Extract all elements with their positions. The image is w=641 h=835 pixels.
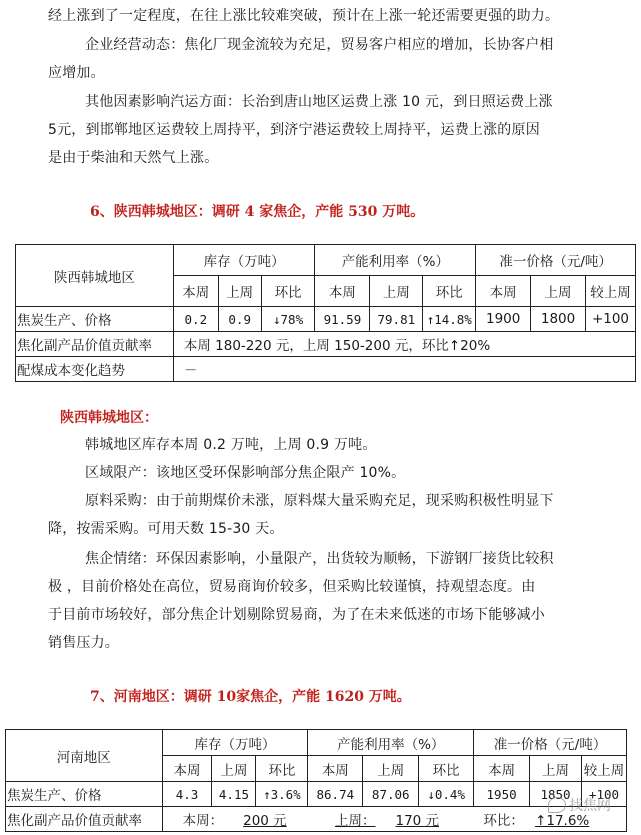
subheader: 本周 (476, 276, 531, 307)
subheader: 上周 (363, 756, 419, 782)
this-week-value: 200 元 (227, 809, 302, 829)
watermark-text: 找焦网 (569, 795, 611, 815)
watermark: 找焦网 (548, 795, 611, 815)
last-week-value: 170 元 (380, 809, 455, 829)
change-label: 环比： (483, 813, 524, 829)
merged-cell: － (173, 357, 635, 382)
subheader: 本周 (173, 276, 218, 307)
utilization-group-header: 产能利用率（%） (308, 730, 474, 756)
table-row: 焦化副产品价值贡献率 本周： 200 元 上周： 170 元 环比： ↑17.6… (6, 807, 627, 832)
paragraph: 其他因素影响汽运方面：长治到唐山地区运费上涨 10 元，到日照运费上涨 (85, 93, 495, 111)
subheader: 上周 (531, 276, 586, 307)
cell: +100 (585, 307, 635, 332)
subheader: 较上周 (581, 756, 626, 782)
cell: ↓78% (261, 307, 315, 332)
cell: 1800 (531, 307, 586, 332)
paragraph: 销售压力。 (48, 634, 458, 652)
subsection-heading: 陕西韩城地区： (60, 407, 158, 427)
cell: 4.3 (162, 782, 212, 807)
subheader: 较上周 (585, 276, 635, 307)
subheader: 上周 (212, 756, 256, 782)
cell: ↓0.4% (419, 782, 474, 807)
cell: 0.2 (173, 307, 218, 332)
cell: 0.9 (218, 307, 261, 332)
table-row: 焦炭生产、价格 4.3 4.15 ↑3.6% 86.74 87.06 ↓0.4%… (6, 782, 627, 807)
inventory-group-header: 库存（万吨） (173, 245, 315, 276)
cell: 79.81 (370, 307, 423, 332)
cell: 87.06 (363, 782, 419, 807)
subheader: 上周 (370, 276, 423, 307)
subheader: 本周 (315, 276, 370, 307)
row-label: 焦炭生产、价格 (16, 307, 174, 332)
section-heading: 6、陕西韩城地区：调研 4 家焦企，产能 530 万吨。 (90, 201, 424, 221)
paragraph: 区域限产：该地区受环保影响部分焦企限产 10%。 (85, 464, 495, 482)
paragraph: 企业经营动态：焦化厂现金流较为充足，贸易客户相应的增加，长协客户相 (85, 36, 495, 54)
hancheng-data-table: 陕西韩城地区 库存（万吨） 产能利用率（%） 准一价格（元/吨） 本周 上周 环… (15, 244, 636, 382)
table-row: 配煤成本变化趋势 － (16, 357, 636, 382)
subheader: 本周 (308, 756, 363, 782)
wechat-icon (548, 797, 566, 813)
inventory-group-header: 库存（万吨） (162, 730, 308, 756)
paragraph: 韩城地区库存本周 0.2 万吨，上周 0.9 万吨。 (85, 436, 495, 454)
table-row: 焦炭生产、价格 0.2 0.9 ↓78% 91.59 79.81 ↑14.8% … (16, 307, 636, 332)
paragraph: 极 ，目前价格处在高位，贸易商询价较多，但采购比较谨慎，持观望态度。由 (48, 578, 458, 596)
price-group-header: 准一价格（元/吨） (476, 245, 636, 276)
cell: ↑3.6% (256, 782, 308, 807)
region-header: 陕西韩城地区 (16, 245, 174, 307)
henan-data-table: 河南地区 库存（万吨） 产能利用率（%） 准一价格（元/吨） 本周 上周 环比 … (5, 729, 627, 832)
change-value: ↑17.6% (528, 813, 596, 829)
paragraph: 原料采购：由于前期煤价未涨，原料煤大量采购充足，现采购积极性明显下 (85, 492, 495, 510)
row-label: 焦化副产品价值贡献率 (6, 807, 163, 832)
subheader: 本周 (474, 756, 530, 782)
last-week-label: 上周： (335, 813, 376, 829)
cell: 86.74 (308, 782, 363, 807)
paragraph: 于目前市场较好，部分焦企计划剔除贸易商，为了在未来低迷的市场下能够减小 (48, 606, 458, 624)
region-header: 河南地区 (6, 730, 163, 782)
paragraph: 经上涨到了一定程度，在往上涨比较难突破，预计在上涨一轮还需要更强的助力。 (48, 7, 458, 25)
subheader: 环比 (423, 276, 476, 307)
cell: 4.15 (212, 782, 256, 807)
subheader: 环比 (256, 756, 308, 782)
utilization-group-header: 产能利用率（%） (315, 245, 476, 276)
cell: 1950 (474, 782, 530, 807)
this-week-label: 本周： (183, 813, 224, 829)
row-label: 焦炭生产、价格 (6, 782, 163, 807)
paragraph: 5元，到邯郸地区运费较上周持平，到济宁港运费较上周持平，运费上涨的原因 (48, 121, 458, 139)
cell: 1900 (476, 307, 531, 332)
paragraph: 应增加。 (48, 64, 458, 82)
paragraph: 降，按需采购。可用天数 15-30 天。 (48, 520, 458, 538)
row-label: 配煤成本变化趋势 (16, 357, 174, 382)
cell: ↑14.8% (423, 307, 476, 332)
subheader: 上周 (218, 276, 261, 307)
section-heading: 7、河南地区：调研 10家焦企，产能 1620 万吨。 (90, 686, 411, 706)
row-label: 焦化副产品价值贡献率 (16, 332, 174, 357)
table-row: 焦化副产品价值贡献率 本周 180-220 元，上周 150-200 元，环比↑… (16, 332, 636, 357)
cell: 91.59 (315, 307, 370, 332)
merged-cell: 本周 180-220 元，上周 150-200 元，环比↑20% (173, 332, 635, 357)
subheader: 环比 (419, 756, 474, 782)
paragraph: 焦企情绪：环保因素影响，小量限产，出货较为顺畅，下游钢厂接货比较积 (85, 550, 495, 568)
subheader: 上周 (530, 756, 582, 782)
paragraph: 是由于柴油和天然气上涨。 (48, 149, 458, 167)
subheader: 环比 (261, 276, 315, 307)
price-group-header: 准一价格（元/吨） (474, 730, 627, 756)
subheader: 本周 (162, 756, 212, 782)
